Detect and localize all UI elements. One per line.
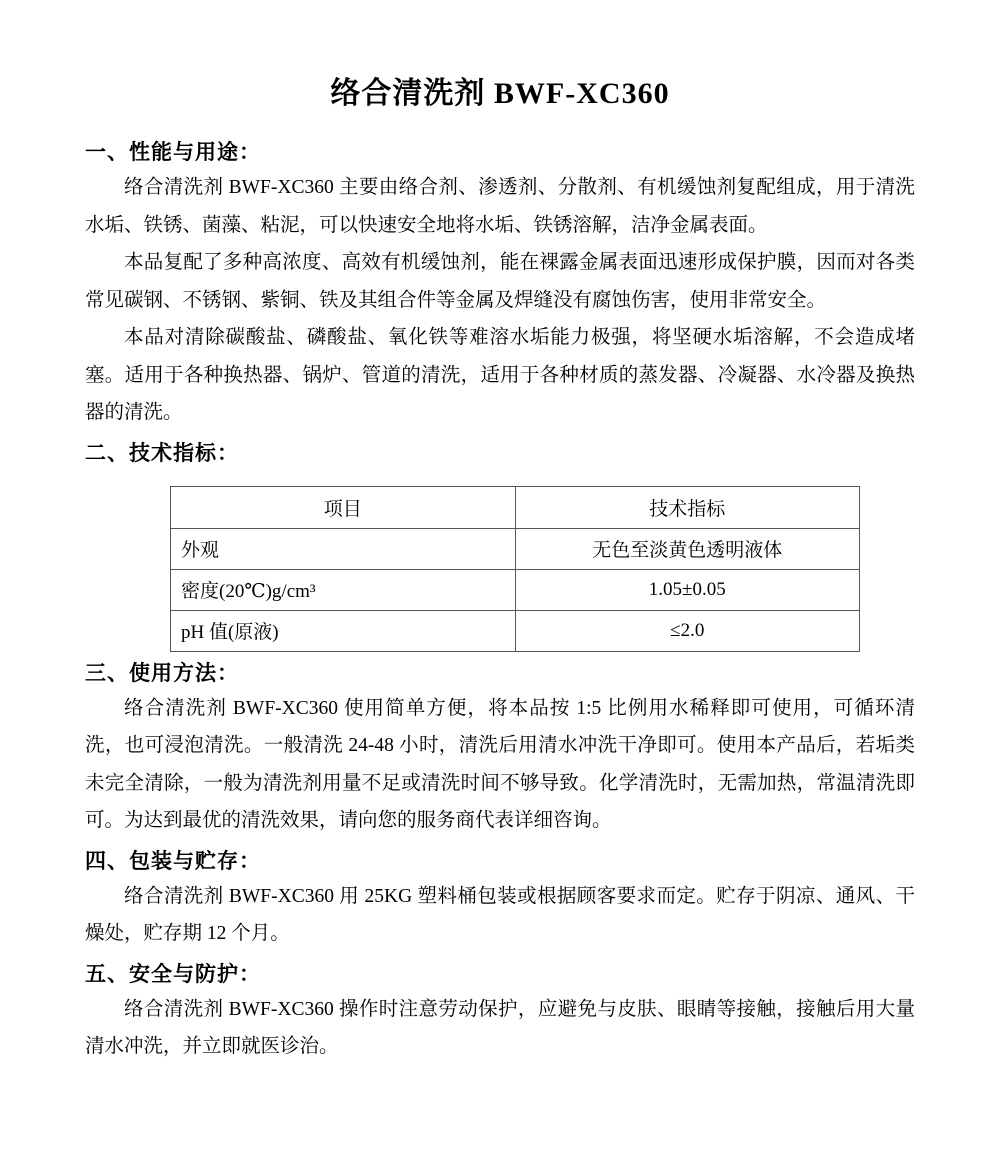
section-5-heading: 五、安全与防护： <box>85 959 915 991</box>
spec-item-ph: pH 值(原液) <box>171 610 516 651</box>
spec-table-header-spec: 技术指标 <box>515 486 860 528</box>
section-5-paragraph-1: 络合清洗剂 BWF-XC360 操作时注意劳动保护，应避免与皮肤、眼睛等接触，接… <box>85 991 915 1066</box>
section-usage-method: 三、使用方法： 络合清洗剂 BWF-XC360 使用简单方便，将本品按 1:5 … <box>85 658 915 840</box>
section-2-heading: 二、技术指标： <box>85 438 915 470</box>
section-1-heading: 一、性能与用途： <box>85 137 915 169</box>
table-row-density: 密度(20℃)g/cm³ 1.05±0.05 <box>171 569 860 610</box>
section-4-heading: 四、包装与贮存： <box>85 846 915 878</box>
section-performance-and-use: 一、性能与用途： 络合清洗剂 BWF-XC360 主要由络合剂、渗透剂、分散剂、… <box>85 137 915 432</box>
section-technical-specs: 二、技术指标： 项目 技术指标 外观 无色至淡黄色透明液体 密度(20℃)g/c… <box>85 438 915 652</box>
document-title: 络合清洗剂 BWF-XC360 <box>85 75 915 113</box>
section-safety-protection: 五、安全与防护： 络合清洗剂 BWF-XC360 操作时注意劳动保护，应避免与皮… <box>85 959 915 1066</box>
document-page: 络合清洗剂 BWF-XC360 一、性能与用途： 络合清洗剂 BWF-XC360… <box>0 0 1000 1154</box>
table-row-ph: pH 值(原液) ≤2.0 <box>171 610 860 651</box>
spec-value-ph: ≤2.0 <box>515 610 860 651</box>
table-row-appearance: 外观 无色至淡黄色透明液体 <box>171 528 860 569</box>
section-3-paragraph-1: 络合清洗剂 BWF-XC360 使用简单方便，将本品按 1:5 比例用水稀释即可… <box>85 690 915 840</box>
spec-value-appearance: 无色至淡黄色透明液体 <box>515 528 860 569</box>
section-4-paragraph-1: 络合清洗剂 BWF-XC360 用 25KG 塑料桶包装或根据顾客要求而定。贮存… <box>85 878 915 953</box>
spec-table-header-item: 项目 <box>171 486 516 528</box>
section-1-paragraph-2: 本品复配了多种高浓度、高效有机缓蚀剂，能在裸露金属表面迅速形成保护膜，因而对各类… <box>85 244 915 319</box>
section-packaging-storage: 四、包装与贮存： 络合清洗剂 BWF-XC360 用 25KG 塑料桶包装或根据… <box>85 846 915 953</box>
section-1-paragraph-1: 络合清洗剂 BWF-XC360 主要由络合剂、渗透剂、分散剂、有机缓蚀剂复配组成… <box>85 169 915 244</box>
section-1-paragraph-3: 本品对清除碳酸盐、磷酸盐、氧化铁等难溶水垢能力极强，将坚硬水垢溶解，不会造成堵塞… <box>85 319 915 432</box>
spec-value-density: 1.05±0.05 <box>515 569 860 610</box>
spec-table-header-row: 项目 技术指标 <box>171 486 860 528</box>
spec-item-appearance: 外观 <box>171 528 516 569</box>
spec-table: 项目 技术指标 外观 无色至淡黄色透明液体 密度(20℃)g/cm³ 1.05±… <box>170 486 860 652</box>
spec-item-density: 密度(20℃)g/cm³ <box>171 569 516 610</box>
section-3-heading: 三、使用方法： <box>85 658 915 690</box>
